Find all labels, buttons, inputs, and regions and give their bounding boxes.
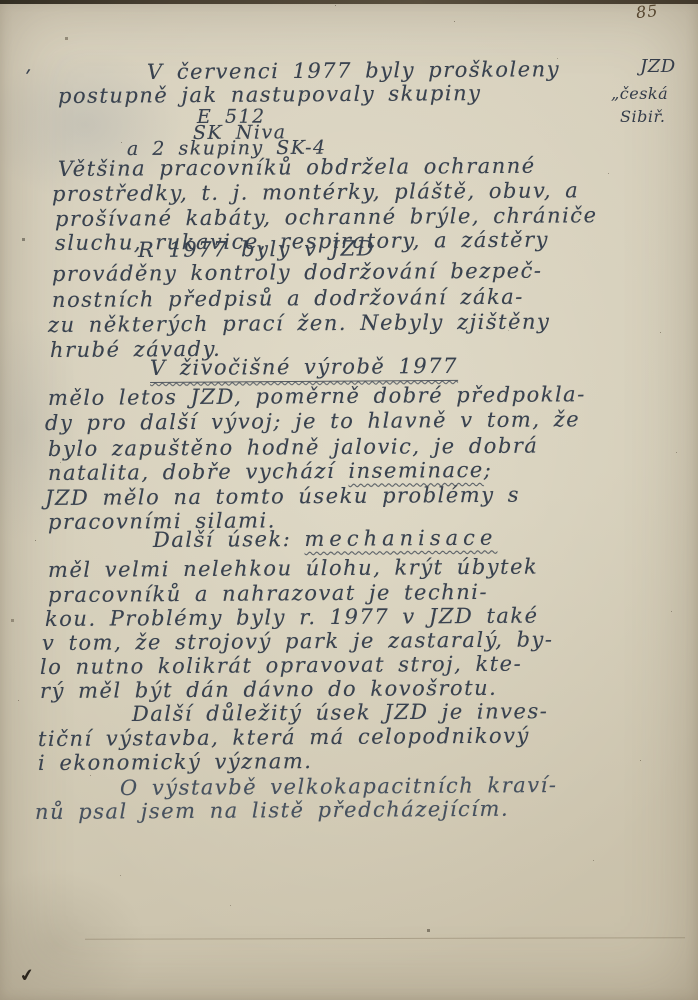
handwritten-line: měl velmi nelehkou úlohu, krýt úbytek [48, 555, 538, 582]
handwritten-line: prostředky, t. j. montérky, pláště, obuv… [52, 178, 579, 206]
check-ink-mark: ✔ [18, 965, 36, 987]
handwritten-line: i ekonomický význam. [38, 749, 313, 775]
paper-speckles [0, 0, 1, 1]
section-heading-livestock: V živočišné výrobě 1977 [150, 354, 458, 380]
margin-note-ceska: „česká [611, 84, 668, 103]
handwritten-line: Další důležitý úsek JZD je inves- [132, 699, 548, 726]
handwritten-line: JZD mělo na tomto úseku problémy s [45, 483, 520, 510]
handwritten-line: mělo letos JZD, poměrně dobré předpokla- [48, 382, 586, 410]
page-number: 85 [635, 1, 659, 22]
handwritten-line: kou. Problémy byly r. 1977 v JZD také [45, 604, 539, 631]
handwritten-line: dy pro další vývoj; je to hlavně v tom, … [45, 407, 580, 435]
handwritten-line: prováděny kontroly dodržování bezpeč- [52, 259, 543, 286]
line-text: Další úsek: [153, 527, 305, 552]
underlined-word-mechanisace: mechanisace [304, 526, 497, 551]
heading-underline: V živočišné výrobě 1977 [150, 354, 458, 383]
handwritten-line: nostních předpisů a dodržování záka- [52, 285, 524, 312]
handwritten-line: nů psal jsem na listě předcházejícím. [35, 797, 509, 824]
handwritten-line: tiční výstavba, která má celopodnikový [38, 724, 530, 751]
handwritten-line: v tom, že strojový park je zastaralý, by… [42, 627, 554, 655]
handwritten-line: Většina pracovníků obdržela ochranné [58, 154, 536, 181]
handwritten-line: lo nutno kolikrát opravovat stroj, kte- [40, 652, 522, 679]
margin-note-jzd: JZD [640, 56, 676, 77]
handwritten-line: rý měl být dán dávno do kovošrotu. [40, 676, 497, 703]
page-top-edge [0, 0, 698, 4]
handwritten-line: V červenci 1977 byly proškoleny [147, 57, 560, 84]
paper-crease [85, 937, 685, 940]
handwritten-line: postupně jak nastupovaly skupiny [58, 81, 482, 108]
line-text: natalita, dobře vychází [48, 459, 349, 485]
margin-note-sibir: Sibiř. [620, 107, 665, 126]
section-heading-mechanisation: Další úsek: mechanisace [153, 526, 497, 552]
handwritten-line: zu některých prací žen. Nebyly zjištěny [48, 309, 551, 337]
handwritten-line: pracovníků a nahrazovat je techni- [48, 580, 488, 607]
underlined-word-inseminace: inseminace [348, 458, 483, 483]
handwritten-line: natalita, dobře vychází inseminace; [48, 458, 492, 485]
stray-ink-mark: ʹ [22, 66, 32, 91]
handwritten-line: bylo zapuštěno hodně jalovic, je dobrá [48, 434, 539, 461]
chronicle-page: 85 JZD „česká Sibiř. ʹ V červenci 1977 b… [0, 0, 698, 1000]
handwritten-line: R 1977 byly v JZD [138, 236, 375, 262]
line-text: ; [484, 458, 493, 482]
